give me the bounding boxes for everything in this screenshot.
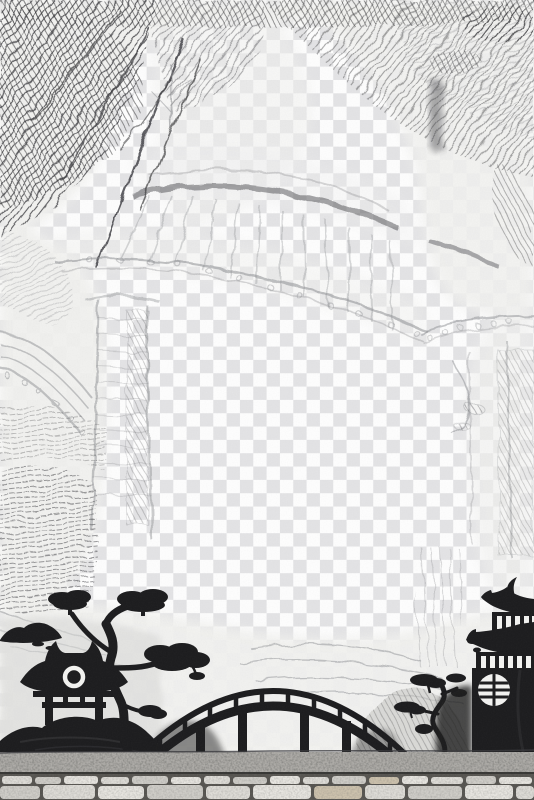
stone-pavement xyxy=(0,750,534,800)
artwork-canvas: Chinese ink-wash garden scene PNG previe… xyxy=(0,0,534,800)
ink-landscape-illustration: Chinese ink-wash garden scene PNG previe… xyxy=(0,0,534,800)
paper-grain-overlay xyxy=(0,0,534,752)
